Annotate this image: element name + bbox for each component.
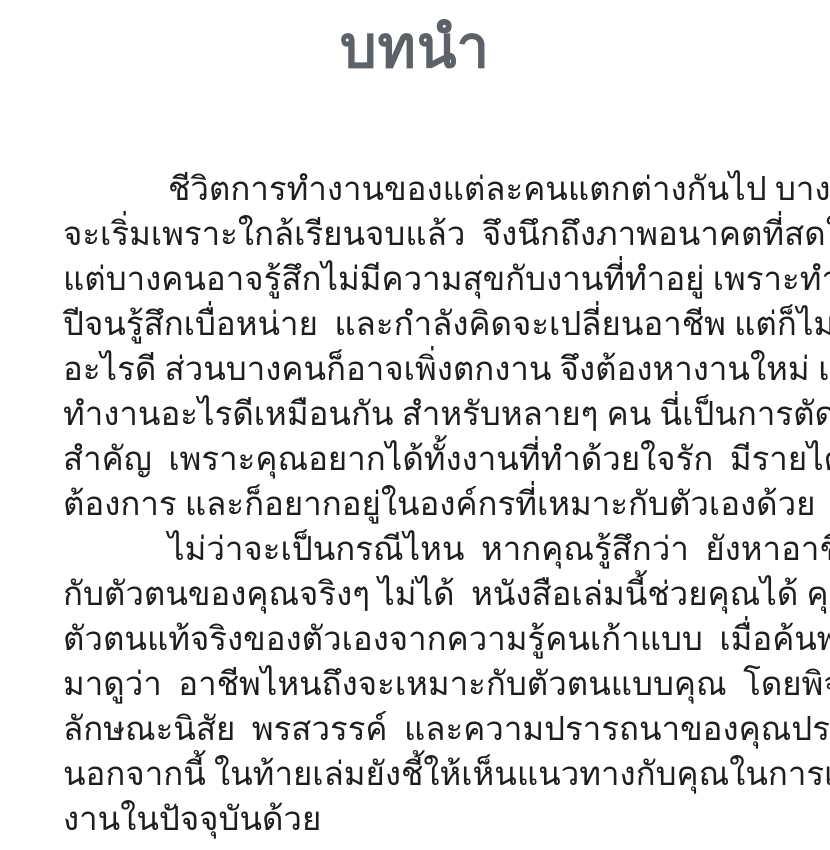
text-line: แต่บางคนอาจรู้สึกไม่มีความสุขกับงานที่ทำ…: [63, 258, 771, 303]
text-line: ทำงานอะไรดีเหมือนกัน สำหรับหลายๆ คน นี่เ…: [63, 393, 771, 438]
page-title: บทนำ: [0, 2, 830, 94]
text-line: ลักษณะนิสัย พรสวรรค์ และความปรารถนาของคุ…: [63, 708, 771, 753]
text-line: ตัวตนแท้จริงของตัวเองจากความรู้คนเก้าแบบ…: [63, 618, 771, 663]
text-line: จะเริ่มเพราะใกล้เรียนจบแล้ว จึงนึกถึงภาพ…: [63, 213, 771, 258]
document-page: บทนำ ชีวิตการทำงานของแต่ละคนแตกต่างกันไป…: [0, 0, 830, 850]
text-line: อะไรดี ส่วนบางคนก็อาจเพิ่งตกงาน จึงต้องห…: [63, 348, 771, 393]
text-line: นอกจากนี้ ในท้ายเล่มยังชี้ให้เห็นแนวทางก…: [63, 753, 771, 798]
body-text: ชีวิตการทำงานของแต่ละคนแตกต่างกันไป บางค…: [63, 168, 771, 843]
text-line: มาดูว่า อาชีพไหนถึงจะเหมาะกับตัวตนแบบคุณ…: [63, 663, 771, 708]
text-line: งานในปัจจุบันด้วย: [63, 798, 771, 843]
text-line: ชีวิตการทำงานของแต่ละคนแตกต่างกันไป บางค…: [63, 168, 771, 213]
text-line: ไม่ว่าจะเป็นกรณีไหน หากคุณรู้สึกว่า ยังห…: [63, 528, 771, 573]
text-line: สำคัญ เพราะคุณอยากได้ทั้งงานที่ทำด้วยใจร…: [63, 438, 771, 483]
text-line: ต้องการ และก็อยากอยู่ในองค์กรที่เหมาะกับ…: [63, 483, 771, 528]
text-line: กับตัวตนของคุณจริงๆ ไม่ได้ หนังสือเล่มนี…: [63, 573, 771, 618]
text-line: ปีจนรู้สึกเบื่อหน่าย และกำลังคิดจะเปลี่ย…: [63, 303, 771, 348]
